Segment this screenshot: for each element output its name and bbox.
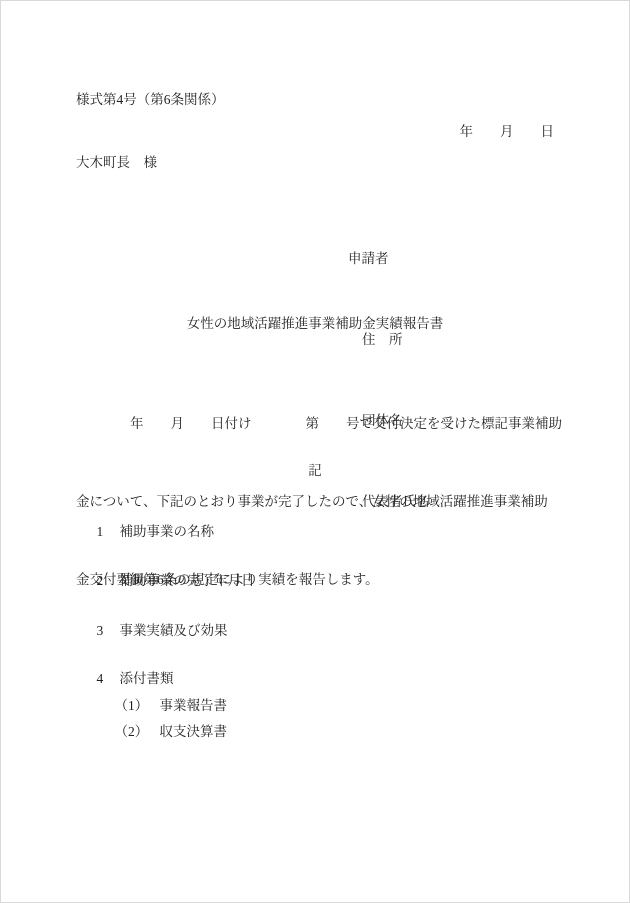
document-page: 様式第4号（第6条関係） 年 月 日 大木町長 様 申請者 住 所 団体名 代表…	[0, 0, 630, 903]
attachment-number: （2）	[115, 725, 160, 739]
body-paragraph: 年 月 日付け 第 号で交付決定を受けた標記事業補助 金について、下記のとおり事…	[76, 359, 554, 645]
item-row-3: 3事業実績及び効果	[83, 610, 228, 652]
addressee: 大木町長 様	[76, 156, 157, 170]
item-label: 事業実績及び効果	[120, 623, 228, 638]
attachment-row-2: （2）収支決算書	[101, 711, 227, 753]
item-label: 補助事業の完了年月日	[120, 573, 255, 588]
item-number: 2	[97, 574, 120, 588]
record-marker: 記	[1, 464, 629, 478]
attachment-label: 収支決算書	[160, 724, 228, 739]
item-row-2: 2補助事業の完了年月日	[83, 560, 255, 602]
applicant-label: 申請者	[348, 245, 430, 272]
date-line: 年 月 日	[460, 125, 555, 139]
item-row-1: 1補助事業の名称	[83, 511, 214, 553]
document-title: 女性の地域活躍推進事業補助金実績報告書	[1, 317, 629, 331]
item-number: 3	[97, 624, 120, 638]
form-code: 様式第4号（第6条関係）	[76, 93, 225, 107]
item-label: 補助事業の名称	[120, 524, 215, 539]
body-line: 年 月 日付け 第 号で交付決定を受けた標記事業補助	[76, 411, 554, 437]
item-label: 添付書類	[120, 671, 174, 686]
item-number: 4	[97, 672, 120, 686]
item-number: 1	[97, 525, 120, 539]
